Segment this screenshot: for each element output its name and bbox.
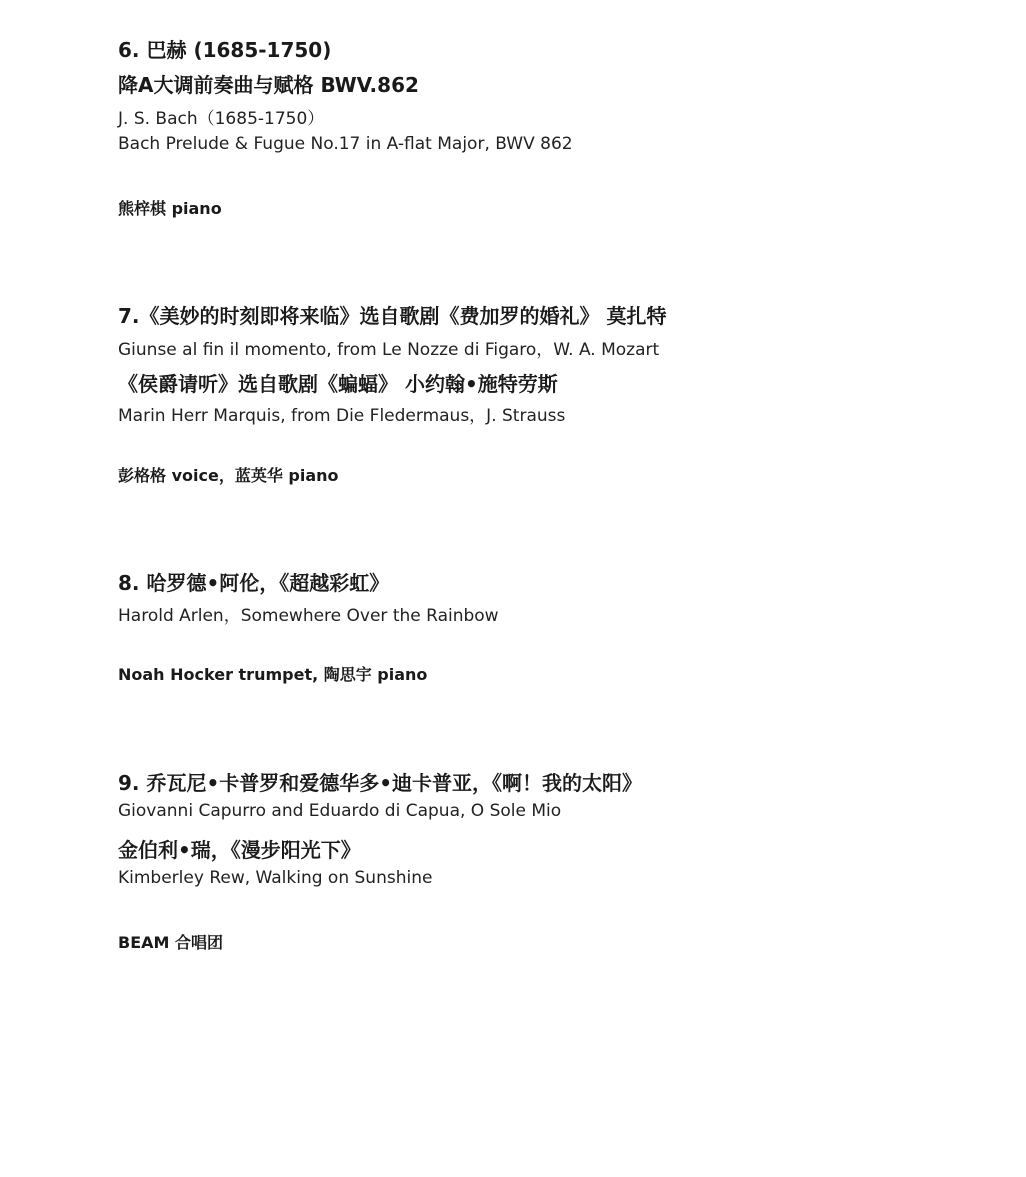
item-7-title: 7.《美妙的时刻即将来临》选自歌剧《费加罗的婚礼》 莫扎特 [118,300,666,329]
item-6-composer-en: J. S. Bach（1685-1750） [118,104,324,129]
item-8-performers: Noah Hocker trumpet, 陶思宇 piano [118,662,427,685]
item-9-work-2-en: Kimberley Rew, Walking on Sunshine [118,868,432,888]
item-9-work-2-title: 金伯利•瑞，《漫步阳光下》 [118,834,361,863]
item-6-performers: 熊梓棋 piano [118,196,222,219]
item-7-work-1-en: Giunse al fin il momento, from Le Nozze … [118,335,659,360]
item-8-title: 8. 哈罗德•阿伦，《超越彩虹》 [118,567,389,596]
item-6-title: 6. 巴赫 (1685-1750) [118,34,331,63]
item-9-performers: BEAM 合唱团 [118,930,223,953]
item-9-work-1-en: Giovanni Capurro and Eduardo di Capua, O… [118,801,561,821]
item-6-work-title: 降A大调前奏曲与赋格 BWV.862 [118,69,419,98]
item-8-work-en: Harold Arlen，Somewhere Over the Rainbow [118,601,499,626]
item-7-work-2-title: 《侯爵请听》选自歌剧《蝙蝠》 小约翰•施特劳斯 [118,368,558,397]
item-9-title: 9. 乔瓦尼•卡普罗和爱德华多•迪卡普亚，《啊！我的太阳》 [118,767,642,796]
item-7-performers: 彭格格 voice，蓝英华 piano [118,463,339,486]
item-6-work-en: Bach Prelude & Fugue No.17 in A-flat Maj… [118,134,573,154]
item-7-work-2-en: Marin Herr Marquis, from Die Fledermaus，… [118,401,565,426]
